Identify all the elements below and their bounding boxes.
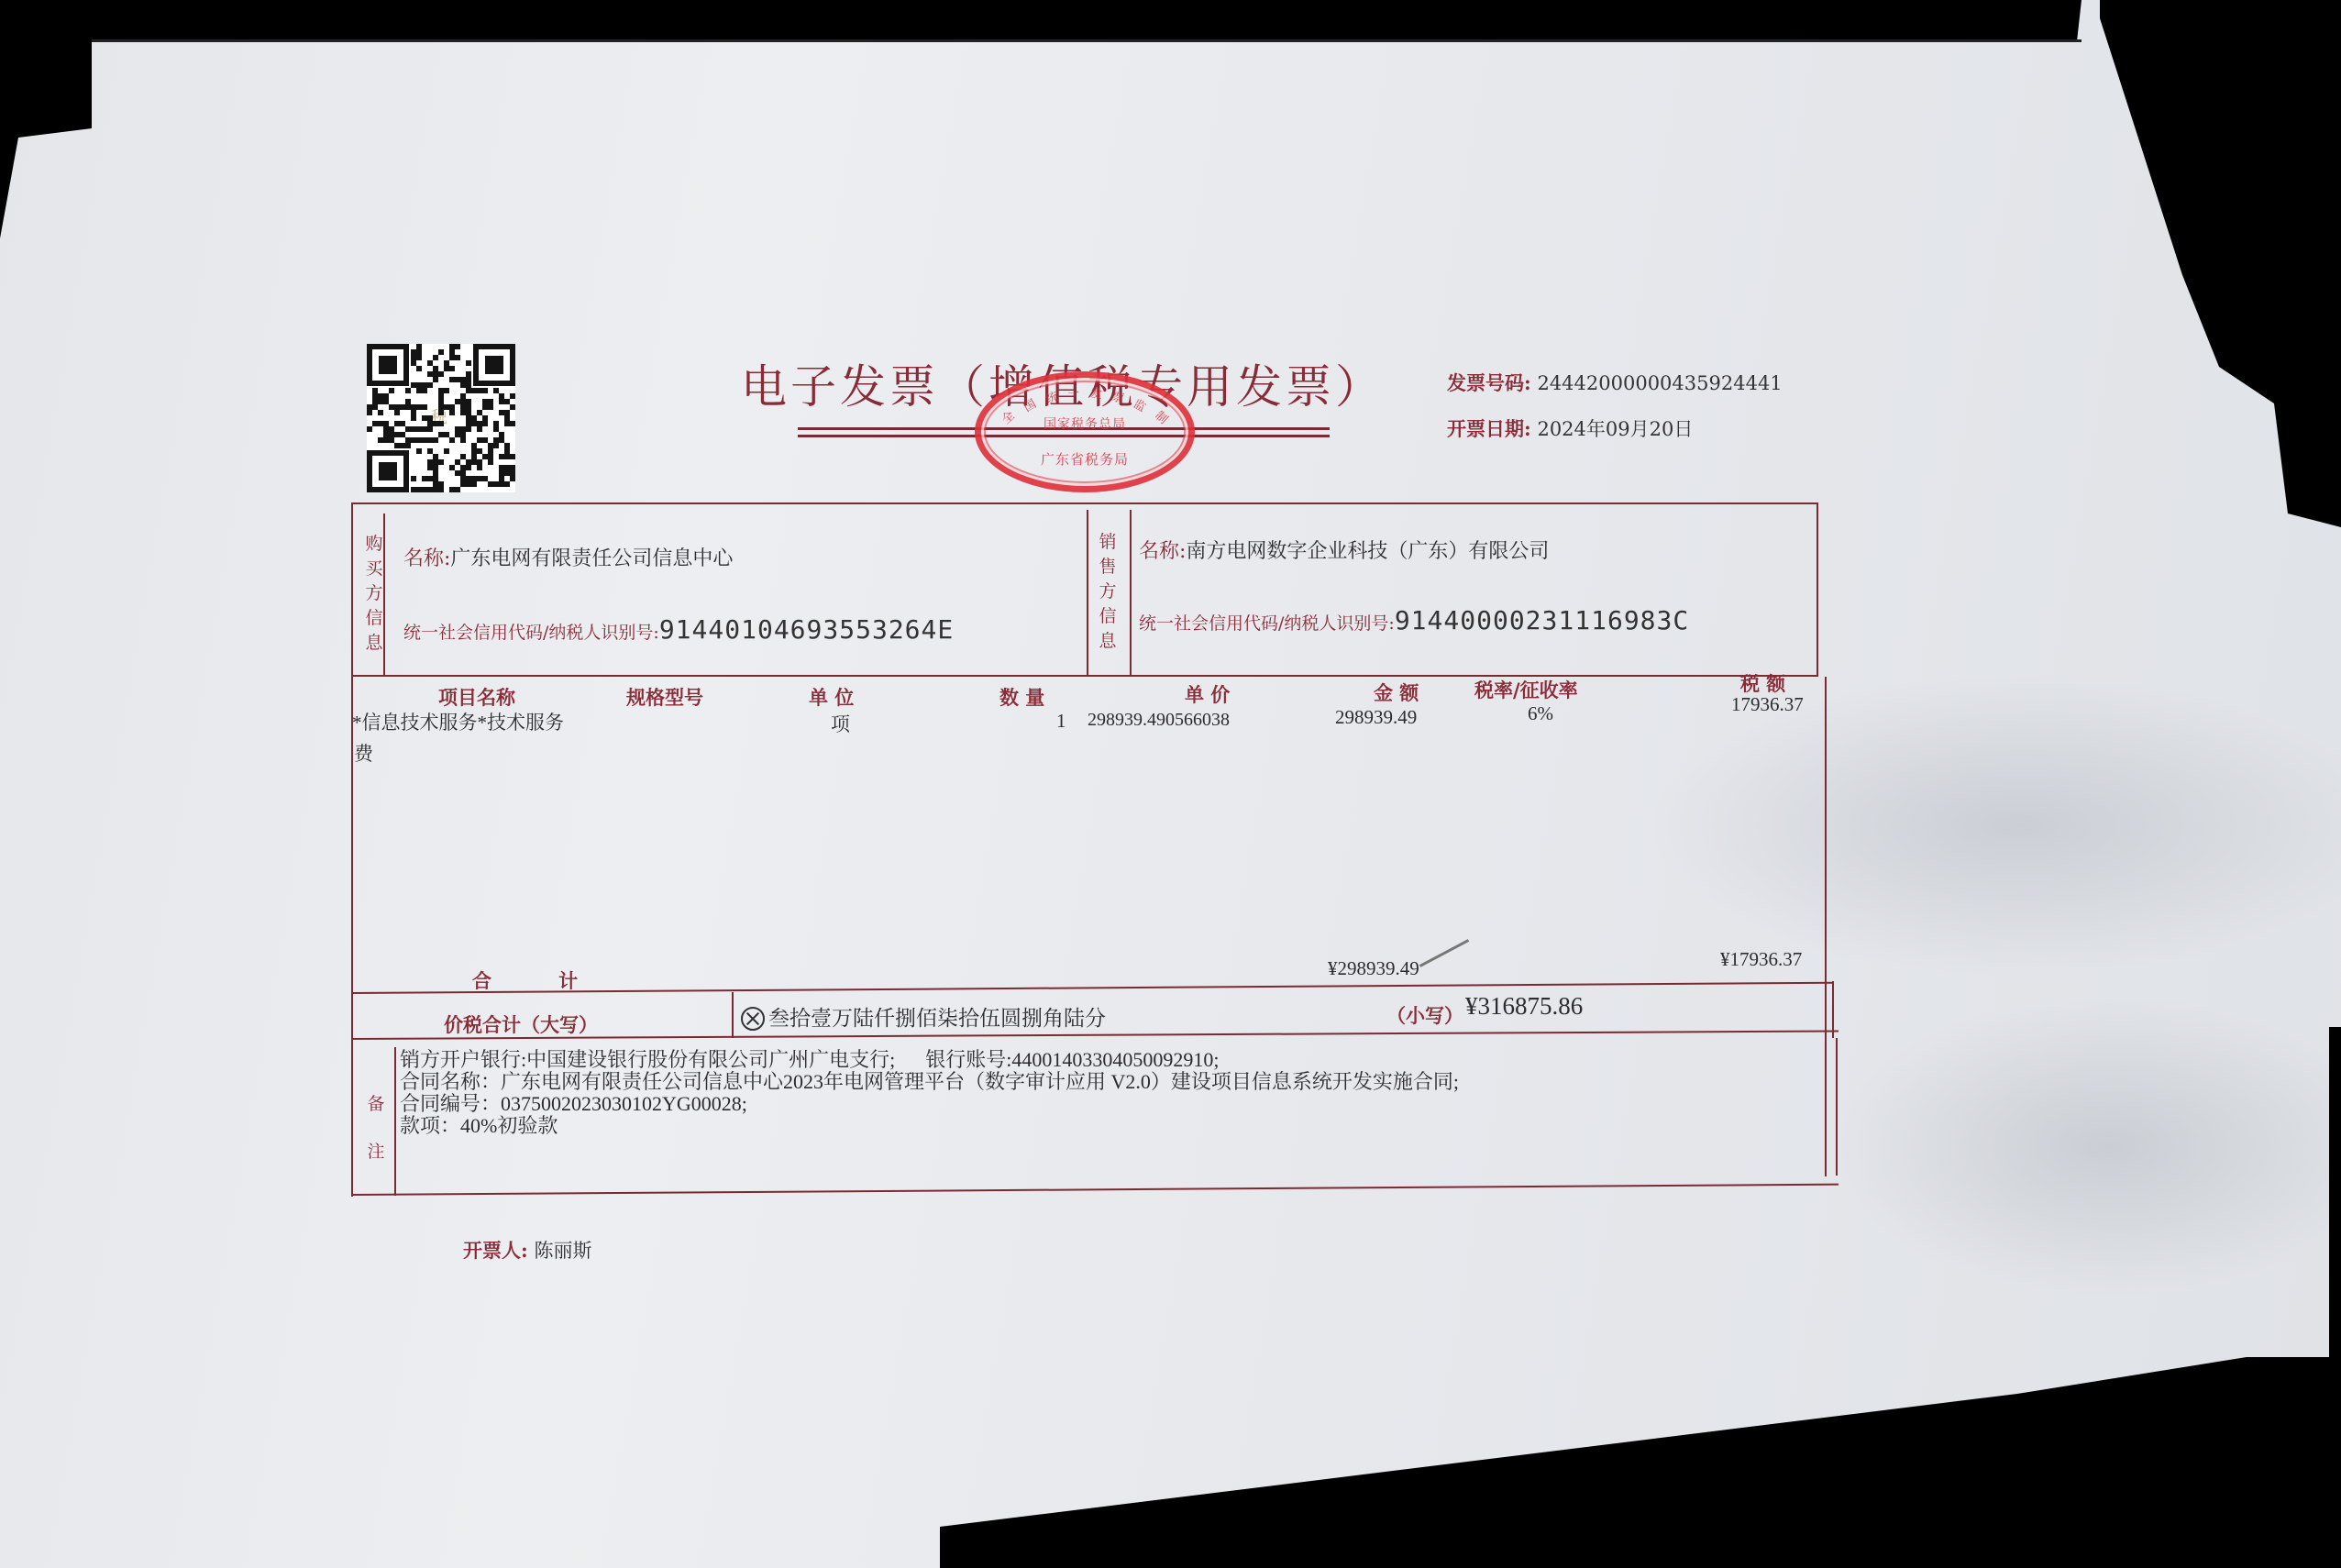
divider bbox=[1836, 1038, 1838, 1176]
issuer-name: 陈丽斯 bbox=[534, 1240, 591, 1262]
qr-module bbox=[455, 487, 460, 492]
stamp-arc-text: 全国统一发票监制 bbox=[1001, 383, 1168, 401]
remark-line: 款项：40%初验款 bbox=[400, 1115, 558, 1137]
qr-module bbox=[510, 476, 515, 481]
invoice-number-label: 发票号码: bbox=[1447, 371, 1531, 394]
qr-module bbox=[416, 448, 422, 454]
qr-module bbox=[422, 404, 427, 410]
seller-taxid: 统一社会信用代码/纳税人识别号:91440000231116983C bbox=[1139, 605, 1689, 635]
issuer: 开票人: 陈丽斯 bbox=[463, 1236, 591, 1264]
totals-amount: ¥298939.49 bbox=[1328, 957, 1419, 980]
divider bbox=[394, 1047, 396, 1196]
item-amount: 298939.49 bbox=[1335, 706, 1417, 729]
qr-module bbox=[367, 410, 372, 415]
buyer-taxid: 统一社会信用代码/纳税人识别号:91440104693553264E bbox=[403, 614, 954, 645]
stamp-arc-char: 国 bbox=[1020, 394, 1039, 415]
divider bbox=[1130, 510, 1132, 677]
qr-module bbox=[378, 410, 383, 415]
qr-module bbox=[488, 404, 493, 410]
qr-module bbox=[482, 421, 488, 426]
qr-module bbox=[433, 355, 438, 360]
seller-section-label: 销售方信息 bbox=[1094, 530, 1121, 654]
qr-module bbox=[438, 349, 444, 355]
section-label-char: 信 bbox=[360, 606, 388, 631]
qr-module bbox=[460, 437, 466, 443]
stamp-line-2: 广东省税务局 bbox=[981, 449, 1188, 469]
qr-module bbox=[444, 388, 449, 393]
section-label-char: 息 bbox=[1094, 629, 1121, 654]
stamp-line-1: 国家税务总局 bbox=[981, 414, 1188, 433]
item-tax: 17936.37 bbox=[1731, 693, 1804, 716]
qr-module bbox=[433, 437, 438, 443]
col-header-spec: 规格型号 bbox=[626, 683, 703, 711]
seller-taxid-label: 统一社会信用代码/纳税人识别号: bbox=[1139, 613, 1395, 634]
qr-module bbox=[510, 404, 515, 410]
buyer-section-label: 购买方信息 bbox=[360, 532, 388, 656]
qr-module bbox=[411, 476, 416, 481]
item-rate: 6% bbox=[1528, 702, 1553, 725]
qr-module bbox=[438, 410, 444, 415]
qr-module bbox=[444, 448, 449, 454]
qr-module bbox=[466, 426, 471, 432]
divider bbox=[1087, 510, 1088, 677]
totals-tax: ¥17936.37 bbox=[1720, 948, 1802, 971]
stamp-arc-char: 一 bbox=[1066, 383, 1080, 402]
qr-module bbox=[471, 481, 477, 487]
qr-finder-icon bbox=[367, 450, 409, 492]
seller-name: 名称:南方电网数字企业科技（广东）有限公司 bbox=[1139, 536, 1549, 564]
stamp-arc-char: 票 bbox=[1110, 386, 1126, 406]
qr-module bbox=[488, 459, 493, 465]
grand-total-words: 叁拾壹万陆仟捌佰柒拾伍圆捌角陆分 bbox=[741, 1001, 1106, 1032]
qr-module bbox=[510, 421, 515, 426]
qr-module bbox=[416, 366, 422, 371]
section-label-char: 销 bbox=[1094, 530, 1121, 555]
qr-module bbox=[449, 366, 455, 371]
table-right-border bbox=[1825, 677, 1827, 1176]
buyer-name: 名称:广东电网有限责任公司信息中心 bbox=[403, 543, 733, 571]
qr-module bbox=[438, 459, 444, 465]
stamp-arc-char: 监 bbox=[1131, 394, 1150, 415]
qr-finder-icon bbox=[367, 344, 409, 386]
section-label-char: 购 bbox=[360, 532, 388, 557]
qr-module bbox=[427, 382, 433, 388]
issue-date-value: 2024年09月20日 bbox=[1537, 418, 1693, 440]
buyer-name-value: 广东电网有限责任公司信息中心 bbox=[450, 547, 733, 570]
qr-module bbox=[438, 421, 444, 426]
qr-module bbox=[389, 388, 394, 393]
qr-module bbox=[449, 410, 455, 415]
qr-finder-icon bbox=[473, 344, 515, 386]
item-price: 298939.490566038 bbox=[1088, 710, 1230, 731]
qr-module bbox=[438, 371, 444, 377]
col-header-unit: 单 位 bbox=[809, 683, 854, 711]
section-label-char: 方 bbox=[1094, 580, 1121, 604]
section-label-char: 买 bbox=[360, 557, 388, 581]
issue-date-label: 开票日期: bbox=[1447, 417, 1531, 440]
remarks-section-label: 备注 bbox=[362, 1080, 390, 1176]
stamp-arc-char: 发 bbox=[1089, 383, 1103, 402]
qr-module bbox=[416, 355, 422, 360]
issue-date: 开票日期: 2024年09月20日 bbox=[1447, 414, 1693, 442]
invoice-number: 发票号码: 24442000000435924441 bbox=[1447, 369, 1783, 396]
seller-name-label: 名称: bbox=[1139, 540, 1186, 563]
section-label-char: 注 bbox=[362, 1128, 390, 1176]
seller-name-value: 南方电网数字企业科技（广东）有限公司 bbox=[1186, 540, 1549, 563]
invoice-number-value: 24442000000435924441 bbox=[1537, 372, 1782, 394]
grand-total-small-label: （小写） bbox=[1386, 1001, 1463, 1029]
qr-module bbox=[438, 487, 444, 492]
qr-module bbox=[510, 393, 515, 399]
col-header-rate: 税率/征收率 bbox=[1474, 676, 1578, 703]
remark-line: 合同编号：0375002023030102YG00028; bbox=[400, 1093, 747, 1115]
buyer-name-label: 名称: bbox=[403, 547, 450, 570]
item-name-line1: *信息技术服务*技术服务 bbox=[352, 708, 564, 735]
section-label-char: 备 bbox=[362, 1080, 390, 1128]
qr-module bbox=[510, 454, 515, 459]
party-section bbox=[351, 502, 1818, 677]
item-name-line2: 费 bbox=[354, 739, 373, 767]
col-header-name: 项目名称 bbox=[438, 683, 515, 711]
qr-module bbox=[455, 355, 460, 360]
buyer-taxid-value: 91440104693553264E bbox=[659, 614, 954, 645]
qr-module bbox=[455, 344, 460, 349]
qr-module bbox=[449, 437, 455, 443]
grand-total-words-text: 叁拾壹万陆仟捌佰柒拾伍圆捌角陆分 bbox=[768, 1007, 1106, 1030]
section-label-char: 信 bbox=[1094, 604, 1121, 629]
qr-module bbox=[427, 426, 433, 432]
qr-module bbox=[367, 426, 372, 432]
tax-bureau-stamp: 全国统一发票监制 国家税务总局 广东省税务局 bbox=[975, 371, 1195, 492]
qr-module bbox=[405, 388, 411, 393]
qr-module bbox=[394, 410, 400, 415]
col-header-qty: 数 量 bbox=[999, 683, 1044, 711]
section-label-char: 售 bbox=[1094, 555, 1121, 580]
table-left-border bbox=[351, 677, 353, 1197]
seller-taxid-value: 91440000231116983C bbox=[1395, 605, 1689, 635]
grand-total-figure: ¥316875.86 bbox=[1465, 992, 1583, 1021]
stamp-arc-char: 统 bbox=[1044, 386, 1060, 406]
qr-module bbox=[466, 360, 471, 366]
qr-module bbox=[411, 415, 416, 421]
remark-line: 销方开户银行:中国建设银行股份有限公司广州广电支行; 银行账号:44001403… bbox=[400, 1049, 1219, 1071]
circle-x-icon bbox=[741, 1007, 765, 1031]
qr-module bbox=[466, 465, 471, 470]
qr-module bbox=[422, 388, 427, 393]
buyer-taxid-label: 统一社会信用代码/纳税人识别号: bbox=[403, 623, 659, 643]
qr-code: 税 bbox=[367, 344, 515, 492]
col-header-price: 单 价 bbox=[1185, 680, 1230, 708]
qr-module bbox=[477, 426, 482, 432]
qr-module bbox=[477, 465, 482, 470]
qr-module bbox=[493, 443, 499, 448]
item-unit: 项 bbox=[831, 710, 850, 737]
qr-module bbox=[405, 443, 411, 448]
qr-module bbox=[482, 388, 488, 393]
section-label-char: 息 bbox=[360, 631, 388, 656]
grand-total-label: 价税合计（大写） bbox=[444, 1010, 598, 1038]
divider bbox=[732, 992, 734, 1038]
item-qty: 1 bbox=[1056, 710, 1066, 733]
issuer-label: 开票人: bbox=[463, 1239, 528, 1262]
remark-line: 合同名称：广东电网有限责任公司信息中心2023年电网管理平台（数字审计应用 V2… bbox=[400, 1071, 1459, 1093]
col-header-amount: 金 额 bbox=[1374, 679, 1419, 706]
qr-module bbox=[504, 481, 510, 487]
section-label-char: 方 bbox=[360, 581, 388, 606]
paper-edge-shadow bbox=[92, 39, 2082, 42]
qr-module bbox=[433, 377, 438, 382]
